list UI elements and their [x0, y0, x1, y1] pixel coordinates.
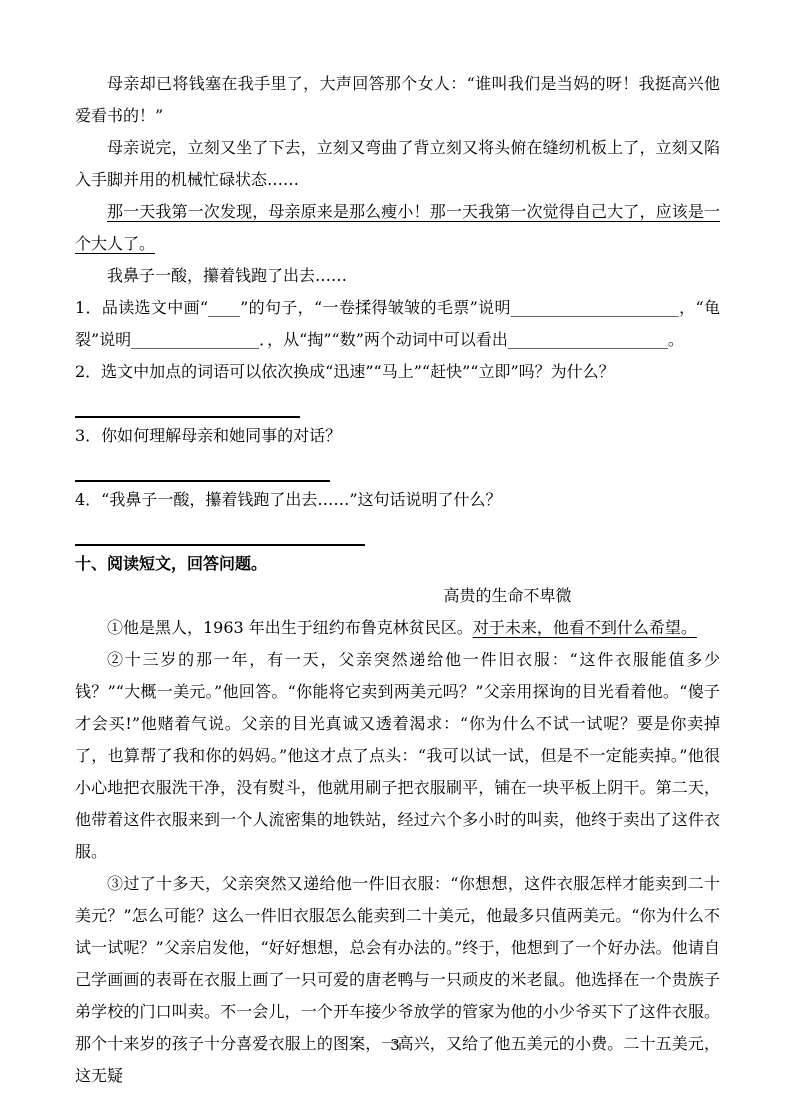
answer-underline [75, 388, 300, 418]
text-run: 母亲说完，立刻又坐了下去，立刻又弯曲了背立刻又将头俯在缝纫机板上了，立刻又陷入手… [75, 138, 720, 189]
document-page: 母亲却已将钱塞在我手里了，大声回答那个女人：“谁叫我们是当妈的呀！我挺高兴他爱看… [0, 0, 790, 1118]
text-run: 高贵的生命不卑微 [443, 586, 571, 605]
document-content: 母亲却已将钱塞在我手里了，大声回答那个女人：“谁叫我们是当妈的呀！我挺高兴他爱看… [75, 68, 720, 1092]
passage1-paragraph-3: 那一天我第一次发现，母亲原来是那么瘦小！那一天我第一次觉得自己大了，应该是一个大… [75, 196, 720, 260]
passage1-paragraph-1: 母亲却已将钱塞在我手里了，大声回答那个女人：“谁叫我们是当妈的呀！我挺高兴他爱看… [75, 68, 720, 132]
passage1-paragraph-4: 我鼻子一酸，攥着钱跑了出去…… [75, 260, 720, 292]
answer-underline [75, 452, 330, 482]
section-10-heading: 十、阅读短文，回答问题。 [75, 548, 720, 580]
essay-paragraph-1: ①他是黑人，1963 年出生于纽约布鲁克林贫民区。对于未来，他看不到什么希望。 [75, 612, 720, 644]
text-run: 2．选文中加点的词语可以依次换成“迅速”“马上”“赶快”“立即”吗？为什么？ [75, 362, 615, 381]
answer-underline [75, 516, 365, 546]
answer-line-2 [75, 452, 720, 484]
essay-paragraph-3: ③过了十多天，父亲突然又递给他一件旧衣服：“你想想，这件衣服怎样才能卖到二十美元… [75, 868, 720, 1092]
answer-line-1 [75, 388, 720, 420]
essay-paragraph-2: ②十三岁的那一年，有一天，父亲突然递给他一件旧衣服：“这件衣服能值多少钱？”“大… [75, 644, 720, 868]
question-3: 3．你如何理解母亲和她同事的对话？ [75, 420, 720, 452]
text-run: 我鼻子一酸，攥着钱跑了出去…… [107, 266, 347, 285]
question-2: 2．选文中加点的词语可以依次换成“迅速”“马上”“赶快”“立即”吗？为什么？ [75, 356, 720, 388]
answer-line-3 [75, 516, 720, 548]
text-run: 十、阅读短文，回答问题。 [75, 554, 267, 573]
text-run: 1．品读选文中画“____”的句子，“一卷揉得皱皱的毛票”说明_________… [75, 298, 720, 349]
text-run: ②十三岁的那一年，有一天，父亲突然递给他一件旧衣服：“这件衣服能值多少钱？”“大… [75, 650, 720, 861]
underlined-text: 对于未来，他看不到什么希望。 [473, 618, 697, 637]
passage1-paragraph-2: 母亲说完，立刻又坐了下去，立刻又弯曲了背立刻又将头俯在缝纫机板上了，立刻又陷入手… [75, 132, 720, 196]
essay-title: 高贵的生命不卑微 [185, 580, 790, 612]
text-run: 4．“我鼻子一酸，攥着钱跑了出去……”这句话说明了什么？ [75, 490, 502, 509]
text-run: ①他是黑人，1963 年出生于纽约布鲁克林贫民区。 [107, 618, 473, 637]
page-number: 3 [0, 1034, 790, 1056]
underlined-text: 那一天我第一次发现，母亲原来是那么瘦小！那一天我第一次觉得自己大了，应该是一个大… [75, 202, 720, 253]
text-run: 3．你如何理解母亲和她同事的对话？ [75, 426, 341, 445]
question-1: 1．品读选文中画“____”的句子，“一卷揉得皱皱的毛票”说明_________… [75, 292, 720, 356]
question-4: 4．“我鼻子一酸，攥着钱跑了出去……”这句话说明了什么？ [75, 484, 720, 516]
text-run: 母亲却已将钱塞在我手里了，大声回答那个女人：“谁叫我们是当妈的呀！我挺高兴他爱看… [75, 74, 720, 125]
